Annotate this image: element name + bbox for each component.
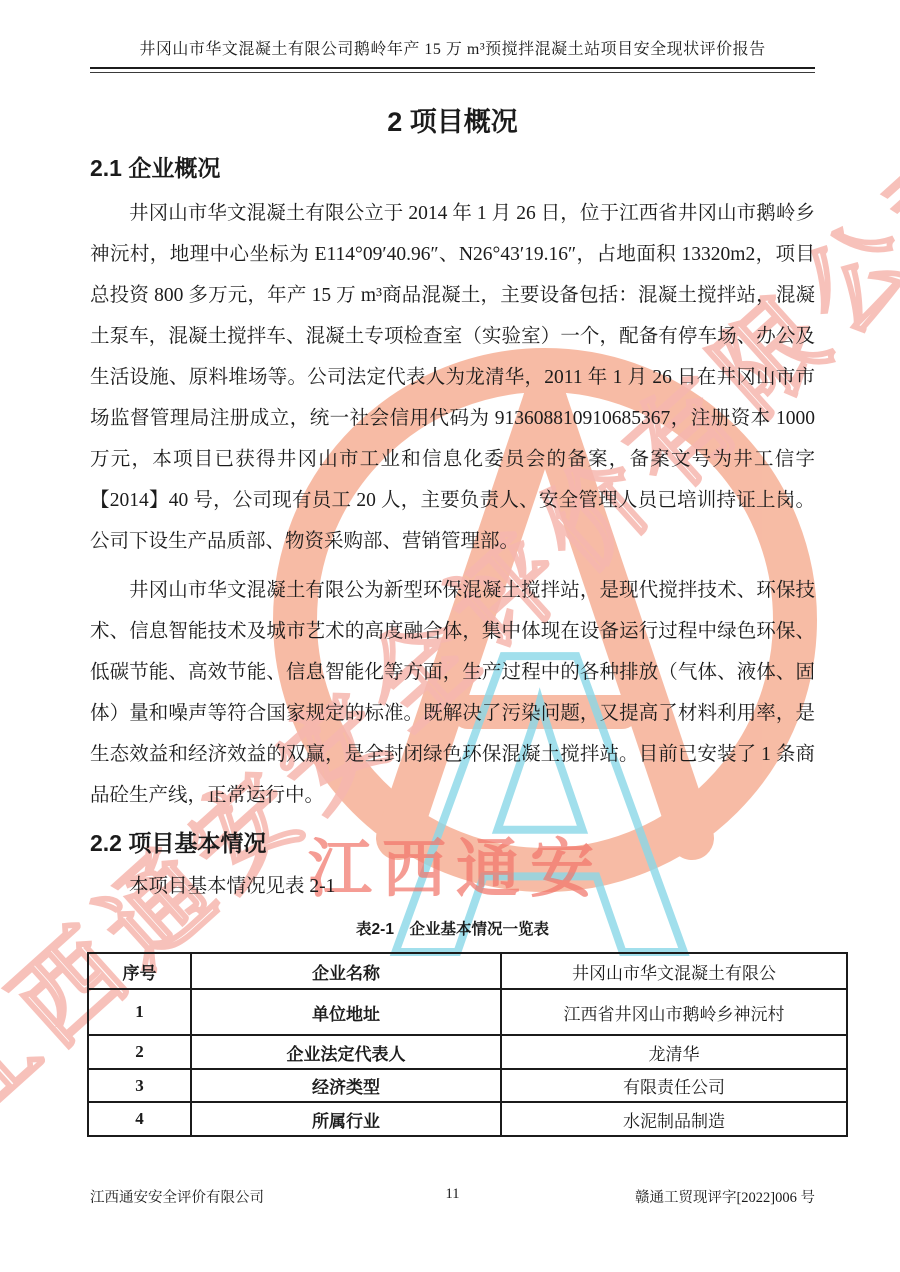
field-label-cell: 企业法定代表人 [191, 1035, 501, 1069]
field-label-cell: 企业名称 [191, 953, 501, 989]
field-value-cell: 水泥制品制造 [501, 1102, 847, 1136]
footer-company-name: 江西通安安全评价有限公司 [90, 1186, 264, 1207]
header-rule-divider [90, 67, 815, 73]
table-row: 2 企业法定代表人 龙清华 [88, 1035, 847, 1069]
table-row: 序号 企业名称 井冈山市华文混凝土有限公 [88, 953, 847, 989]
row-number-cell: 序号 [88, 953, 191, 989]
body-paragraph-2: 井冈山市华文混凝土有限公为新型环保混凝土搅拌站，是现代搅拌技术、环保技术、信息智… [90, 570, 815, 816]
field-value-cell: 有限责任公司 [501, 1069, 847, 1102]
section-heading-2-2: 2.2 项目基本情况 [90, 826, 815, 860]
page-footer: 11 江西通安安全评价有限公司 赣通工贸现评字[2022]006 号 [90, 1186, 815, 1207]
field-value-cell: 龙清华 [501, 1035, 847, 1069]
row-number-cell: 4 [88, 1102, 191, 1136]
body-paragraph-1: 井冈山市华文混凝土有限公立于 2014 年 1 月 26 日，位于江西省井冈山市… [90, 193, 815, 562]
row-number-cell: 2 [88, 1035, 191, 1069]
row-number-cell: 3 [88, 1069, 191, 1102]
footer-document-number: 赣通工贸现评字[2022]006 号 [635, 1186, 815, 1207]
chapter-title: 2 项目概况 [90, 103, 815, 141]
table-caption: 表2-1 企业基本情况一览表 [90, 917, 815, 939]
basic-info-table: 序号 企业名称 井冈山市华文混凝土有限公 1 单位地址 江西省井冈山市鹅岭乡神沅… [87, 952, 848, 1137]
table-row: 3 经济类型 有限责任公司 [88, 1069, 847, 1102]
report-title: 井冈山市华文混凝土有限公司鹅岭年产 15 万 m³预搅拌混凝土站项目安全现状评价… [139, 41, 765, 58]
page-header: 井冈山市华文混凝土有限公司鹅岭年产 15 万 m³预搅拌混凝土站项目安全现状评价… [90, 0, 815, 59]
document-page: 井冈山市华文混凝土有限公司鹅岭年产 15 万 m³预搅拌混凝土站项目安全现状评价… [0, 0, 900, 1272]
field-label-cell: 经济类型 [191, 1069, 501, 1102]
section-heading-2-1: 2.1 企业概况 [90, 151, 815, 185]
field-label-cell: 所属行业 [191, 1102, 501, 1136]
field-label-cell: 单位地址 [191, 989, 501, 1035]
row-number-cell: 1 [88, 989, 191, 1035]
field-value-cell: 井冈山市华文混凝土有限公 [501, 953, 847, 989]
table-row: 1 单位地址 江西省井冈山市鹅岭乡神沅村 [88, 989, 847, 1035]
table-intro-text: 本项目基本情况见表 2-1 [90, 866, 815, 907]
table-row: 4 所属行业 水泥制品制造 [88, 1102, 847, 1136]
field-value-cell: 江西省井冈山市鹅岭乡神沅村 [501, 989, 847, 1035]
